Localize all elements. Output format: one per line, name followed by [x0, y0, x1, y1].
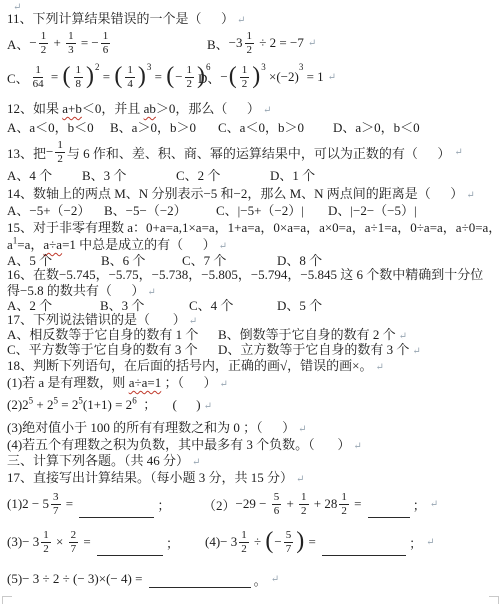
fraction-numerator: 1 [185, 64, 195, 78]
item-label: （2） [203, 495, 236, 514]
fraction: 57 [284, 529, 294, 555]
item-text: (3)绝对值小于 100 的所有有理数之和为 0 ；（ ） [7, 420, 295, 435]
question-13-text-seg: 13、把−12与 6 作和、差、积、商、幂的运算结果中，可以为正数的有（ ）↵ [7, 137, 463, 167]
formula-text: + 2 [33, 397, 53, 412]
formula-text: ÷ 2 = −7 [256, 35, 304, 51]
item-text: ； ( ) [137, 397, 201, 412]
formula-text: ×(−2) [266, 69, 299, 85]
formula-text: ÷ [251, 534, 265, 550]
paren-open: ( [228, 66, 238, 88]
fraction-numerator: 1 [101, 30, 111, 44]
question-13-options: A、4 个 B、3 个 C、2 个 D、1 个 [0, 168, 500, 184]
calc-item-2: （2）−29 − 56 + 12 + 2812 = ；↵ [203, 486, 438, 522]
fraction-denominator: 2 [39, 44, 49, 57]
return-mark-icon: ↵ [328, 72, 336, 83]
question-12-options: A、a＜0，b＜0 B、a＞0，b＞0 C、a＜0，b＞0 D、a＞0，b＜0 [0, 120, 500, 136]
paren-open: ( [264, 531, 274, 553]
fraction: 27 [69, 529, 79, 555]
fraction-numerator: 2 [69, 529, 79, 543]
fraction-numerator: 1 [240, 64, 250, 78]
question-12-text: ＞0，那么（ ） [156, 101, 260, 116]
fraction-denominator: 2 [185, 78, 195, 91]
return-mark-icon: ↵ [454, 147, 462, 158]
fraction-numerator: 1 [299, 491, 309, 505]
fraction-denominator: 4 [125, 78, 135, 91]
text-boundary-mark [2, 596, 12, 604]
fraction: 16 [101, 30, 111, 56]
option-a: A、a＜0，b＜0 [7, 120, 94, 136]
fraction-numerator: 1 [245, 30, 255, 44]
paren-close: ) [251, 66, 261, 88]
return-mark-icon: ↵ [412, 346, 420, 357]
option-c: C、|−5+（−2）| [216, 203, 304, 219]
formula-text: = [48, 69, 62, 85]
return-mark-icon: ↵ [189, 316, 197, 327]
fraction-numerator: 1 [41, 529, 51, 543]
item-label: (3) [7, 534, 22, 550]
paren-close: ) [137, 66, 147, 88]
question-16-line2-text: 得−5.8 的数共有（ ） [7, 283, 144, 298]
option-a: A、4 个 [7, 168, 52, 184]
formula-text: = [305, 534, 319, 550]
calc-item-3: (3)− 312 × 27 = ； [7, 524, 179, 560]
spellcheck-underline-text: a÷a [43, 237, 62, 252]
item-text: (1)若 a 是有理数，则 [7, 375, 129, 390]
formula-text: = [80, 534, 94, 550]
fraction: 12 [41, 529, 51, 555]
formula-text: = 1 [303, 69, 323, 85]
return-mark-icon: ↵ [219, 241, 227, 252]
question-14-title: 14、数轴上的两点 M、N 分别表示−5 和−2，那么 M、N 两点间的距离是（… [7, 186, 475, 204]
option-d: D、a＞0，b＜0 [333, 120, 420, 136]
formula-text: = [63, 496, 77, 512]
fraction-denominator: 2 [240, 78, 250, 91]
fraction-numerator: 1 [33, 64, 43, 78]
return-mark-icon: ↵ [399, 331, 407, 342]
return-mark-icon: ↵ [192, 457, 200, 468]
formula-text: ； [409, 533, 422, 552]
option-c: C、164 = (18)2 = (14)3 = (−12)6 [7, 60, 211, 94]
return-mark-icon: ↵ [375, 362, 383, 373]
calc-row-2: (3)− 312 × 27 = ； (4)− 312 ÷ (−57) = ；↵ [0, 524, 500, 560]
return-mark-icon: ↵ [263, 105, 271, 116]
option-d: D、|−2−（−5）| [328, 203, 417, 219]
return-mark-icon: ↵ [466, 190, 474, 201]
question-15-text: =1 中总是成立的有（ ） [62, 237, 216, 252]
question-14-options: A、−5+（−2） B、−5−（−2） C、|−5+（−2）| D、|−2−（−… [0, 203, 500, 219]
fraction-numerator: 1 [125, 64, 135, 78]
fraction-denominator: 2 [239, 543, 249, 556]
formula-text: − 3 ÷ 2 ÷ (− 3)×(− 4) = [22, 571, 146, 587]
fraction: 12 [245, 30, 255, 56]
option-b: B、3 个 [82, 168, 126, 184]
formula-text: ； [166, 533, 179, 552]
fraction: 12 [299, 491, 309, 517]
question-12-text: 12、如果 [7, 101, 62, 116]
question-12-title: 12、如果 a+b＜0，并且 ab＞0，那么（ ）↵ [7, 101, 271, 119]
formula-text: − 3 [22, 534, 39, 550]
fraction-denominator: 7 [51, 505, 61, 518]
return-mark-icon: ↵ [353, 441, 361, 452]
calc-item-5: (5)− 3 ÷ 2 ÷ (− 3)×(− 4) = 。↵ [7, 566, 279, 592]
question-17-title-text: 17、下列说法错识的是（ ） [7, 312, 186, 327]
return-mark-icon: ↵ [430, 499, 438, 510]
question-15-text: =a， [17, 237, 43, 252]
section-3-header: 三、计算下列各题。（共 46 分）↵ [7, 453, 200, 471]
fraction-numerator: 1 [39, 30, 49, 44]
option-c: C、a＜0，b＞0 [218, 120, 304, 136]
formula-text: + 28 [311, 496, 338, 512]
fraction-numerator: 1 [55, 139, 65, 153]
fraction: 18 [74, 64, 84, 90]
question-18-item3: (3)绝对值小于 100 的所有有理数之和为 0 ；（ ）↵ [7, 420, 307, 438]
question-13-text: 与 6 作和、差、积、商、幂的运算结果中，可以为正数的有（ ） [67, 143, 451, 162]
calc-row-1: (1)2 − 537 = ； （2）−29 − 56 + 12 + 2812 =… [0, 486, 500, 522]
option-c: C、平方数等于它自身的数有 3 个 [7, 342, 198, 358]
question-18-item2: (2)25 + 25 = 25(1+1) = 26 ； ( )↵ [7, 395, 212, 417]
formula-text: − [220, 69, 227, 85]
formula-text: = − [78, 35, 99, 51]
formula-text: 。 [254, 570, 267, 589]
option-c: C、2 个 [176, 168, 220, 184]
paren-open: ( [165, 66, 175, 88]
option-d: D、5 个 [277, 298, 322, 314]
spellcheck-underline-text: a÷a=1 [129, 375, 162, 390]
return-mark-icon: ↵ [219, 379, 227, 390]
answer-blank [368, 504, 410, 518]
paren-open: ( [62, 66, 72, 88]
paren-open: ( [113, 66, 123, 88]
formula-text: × [53, 534, 67, 550]
fraction: 12 [339, 491, 349, 517]
question-17-options-cd: C、平方数等于它自身的数有 3 个 D、立方数等于它自身的数有 3 个↵ [0, 342, 500, 358]
fraction-numerator: 5 [272, 491, 282, 505]
paren-close: ) [85, 66, 95, 88]
fraction-denominator: 6 [101, 44, 111, 57]
formula-text: + [283, 496, 297, 512]
item-text: ；（ ） [161, 375, 216, 390]
formula-text: − [274, 534, 281, 550]
answer-blank [97, 542, 163, 556]
fraction: 13 [66, 30, 76, 56]
formula-text: − [175, 69, 182, 85]
fraction-denominator: 2 [55, 153, 65, 166]
option-c-label: C、 [7, 68, 29, 87]
option-b-text: B、倒数等于它自身的数有 2 个 [218, 327, 396, 342]
question-17b-title-text: 17、直接写出计算结果。（每小题 3 分，共 15 分） [7, 470, 293, 485]
fraction-numerator: 1 [74, 64, 84, 78]
option-b: B、a＞0，b＞0 [110, 120, 196, 136]
return-mark-icon: ↵ [237, 15, 245, 26]
option-b-label: B、 [207, 34, 229, 53]
fraction-numerator: 5 [284, 529, 294, 543]
item-label: (1) [7, 496, 22, 512]
option-a: A、相反数等于它自身的数有 1 个 [7, 327, 198, 343]
calc-row-3: (5)− 3 ÷ 2 ÷ (− 3)×(− 4) = 。↵ [0, 566, 500, 592]
formula-text: − 3 [220, 534, 237, 550]
fraction: 12 [240, 64, 250, 90]
question-11-options-ab: A、−12 + 13 = −16 B、−312 ÷ 2 = −7↵ [0, 28, 500, 58]
fraction: 14 [125, 64, 135, 90]
answer-blank [79, 504, 154, 518]
fraction-denominator: 2 [245, 44, 255, 57]
fraction-denominator: 2 [299, 505, 309, 518]
fraction-denominator: 3 [66, 44, 76, 57]
paren-close: ) [295, 531, 305, 553]
fraction-denominator: 7 [69, 543, 79, 556]
fraction-denominator: 6 [272, 505, 282, 518]
fraction: 164 [31, 64, 46, 90]
question-11-title: 11、下列计算结果错误的一个是（ ）↵ [7, 11, 245, 29]
question-18-item1: (1)若 a 是有理数，则 a÷a=1 ；（ ）↵ [7, 375, 228, 393]
fraction: 56 [272, 491, 282, 517]
section-3-header-text: 三、计算下列各题。（共 46 分） [7, 453, 189, 468]
formula-text: − [29, 35, 36, 51]
option-a: A、−12 + 13 = −16 [7, 28, 112, 58]
fraction-denominator: 2 [339, 505, 349, 518]
text-boundary-mark [489, 596, 499, 604]
formula-text: −29 − [236, 496, 270, 512]
calc-item-1: (1)2 − 537 = ； [7, 486, 170, 522]
worksheet-page: ↵ 11、下列计算结果错误的一个是（ ）↵ A、−12 + 13 = −16 B… [0, 0, 500, 609]
spellcheck-underline-text: ab [144, 101, 156, 116]
question-18-title-text: 18、判断下列语句，在后面的括号内，正确的画√，错误的画×。 [7, 358, 372, 373]
question-13-text: 13、把 [7, 143, 46, 162]
question-13-title: 13、把−12与 6 作和、差、积、商、幂的运算结果中，可以为正数的有（ ）↵ [0, 137, 500, 167]
option-a: A、−5+（−2） [7, 203, 90, 219]
formula-text: = [151, 69, 165, 85]
answer-blank [149, 574, 251, 588]
question-11-options-cd: C、164 = (18)2 = (14)3 = (−12)6 D、−(12)3 … [0, 60, 500, 94]
fraction-numerator: 3 [51, 491, 61, 505]
question-14-title-text: 14、数轴上的两点 M、N 分别表示−5 和−2，那么 M、N 两点间的距离是（… [7, 186, 463, 201]
option-a-label: A、 [7, 34, 29, 53]
formula-text: = [100, 69, 114, 85]
option-b: B、−5−（−2） [104, 203, 187, 219]
item-label: (2) [7, 397, 22, 412]
fraction-numerator: 1 [339, 491, 349, 505]
spellcheck-underline-text: a+b [62, 101, 82, 116]
fraction-denominator: 64 [31, 78, 46, 91]
option-d: D、1 个 [270, 168, 315, 184]
item-label: (5) [7, 571, 22, 587]
fraction: 12 [239, 529, 249, 555]
return-mark-icon: ↵ [204, 401, 212, 412]
formula-text: = [351, 496, 365, 512]
fraction: 37 [51, 491, 61, 517]
return-mark-icon: ↵ [298, 424, 306, 435]
formula-text: + [50, 35, 64, 51]
fraction: 12 [55, 139, 65, 165]
return-mark-icon: ↵ [271, 574, 279, 585]
option-d-text: D、立方数等于它自身的数有 3 个 [218, 342, 409, 357]
fraction-denominator: 7 [284, 543, 294, 556]
question-18-title: 18、判断下列语句，在后面的括号内，正确的画√，错误的画×。↵ [7, 358, 384, 376]
option-d-label: D、 [198, 68, 220, 87]
return-mark-icon: ↵ [308, 38, 316, 49]
formula-text: (1+1) = 2 [83, 397, 132, 412]
item-label: (4) [205, 534, 220, 550]
question-15-line1: 15、对于非零有理数 a：0+a=a,1×a=a，1+a=a，0×a=a，a×0… [7, 220, 500, 236]
calc-item-4: (4)− 312 ÷ (−57) = ；↵ [205, 524, 435, 560]
fraction: 12 [185, 64, 195, 90]
formula-text: = 2 [58, 397, 78, 412]
formula-text: ； [157, 495, 170, 514]
question-16-line1: 16、在数−5.745，−5.75，−5.738，−5.805，−5.794，−… [7, 267, 483, 283]
fraction-denominator: 8 [74, 78, 84, 91]
fraction: 12 [39, 30, 49, 56]
formula-text: ； [413, 495, 426, 514]
question-11-title-text: 11、下列计算结果错误的一个是（ ） [7, 11, 234, 26]
answer-blank [322, 542, 406, 556]
return-mark-icon: ↵ [426, 537, 434, 548]
item-text: (4)若五个有理数之积为负数，其中最多有 3 个负数。（ ） [7, 437, 350, 452]
formula-text: 2 − 5 [22, 496, 49, 512]
question-12-text: ＜0，并且 [82, 101, 144, 116]
question-17-options-ab: A、相反数等于它自身的数有 1 个 B、倒数等于它自身的数有 2 个↵ [0, 327, 500, 343]
formula-text: − [46, 144, 53, 160]
fraction-numerator: 1 [66, 30, 76, 44]
fraction-denominator: 2 [41, 543, 51, 556]
return-mark-icon: ↵ [296, 474, 304, 485]
option-d: D、−(12)3 ×(−2)3 = 1↵ [198, 60, 336, 94]
formula-text: −3 [229, 35, 243, 51]
fraction-numerator: 1 [239, 529, 249, 543]
return-mark-icon: ↵ [147, 287, 155, 298]
option-b: B、−312 ÷ 2 = −7↵ [207, 28, 316, 58]
